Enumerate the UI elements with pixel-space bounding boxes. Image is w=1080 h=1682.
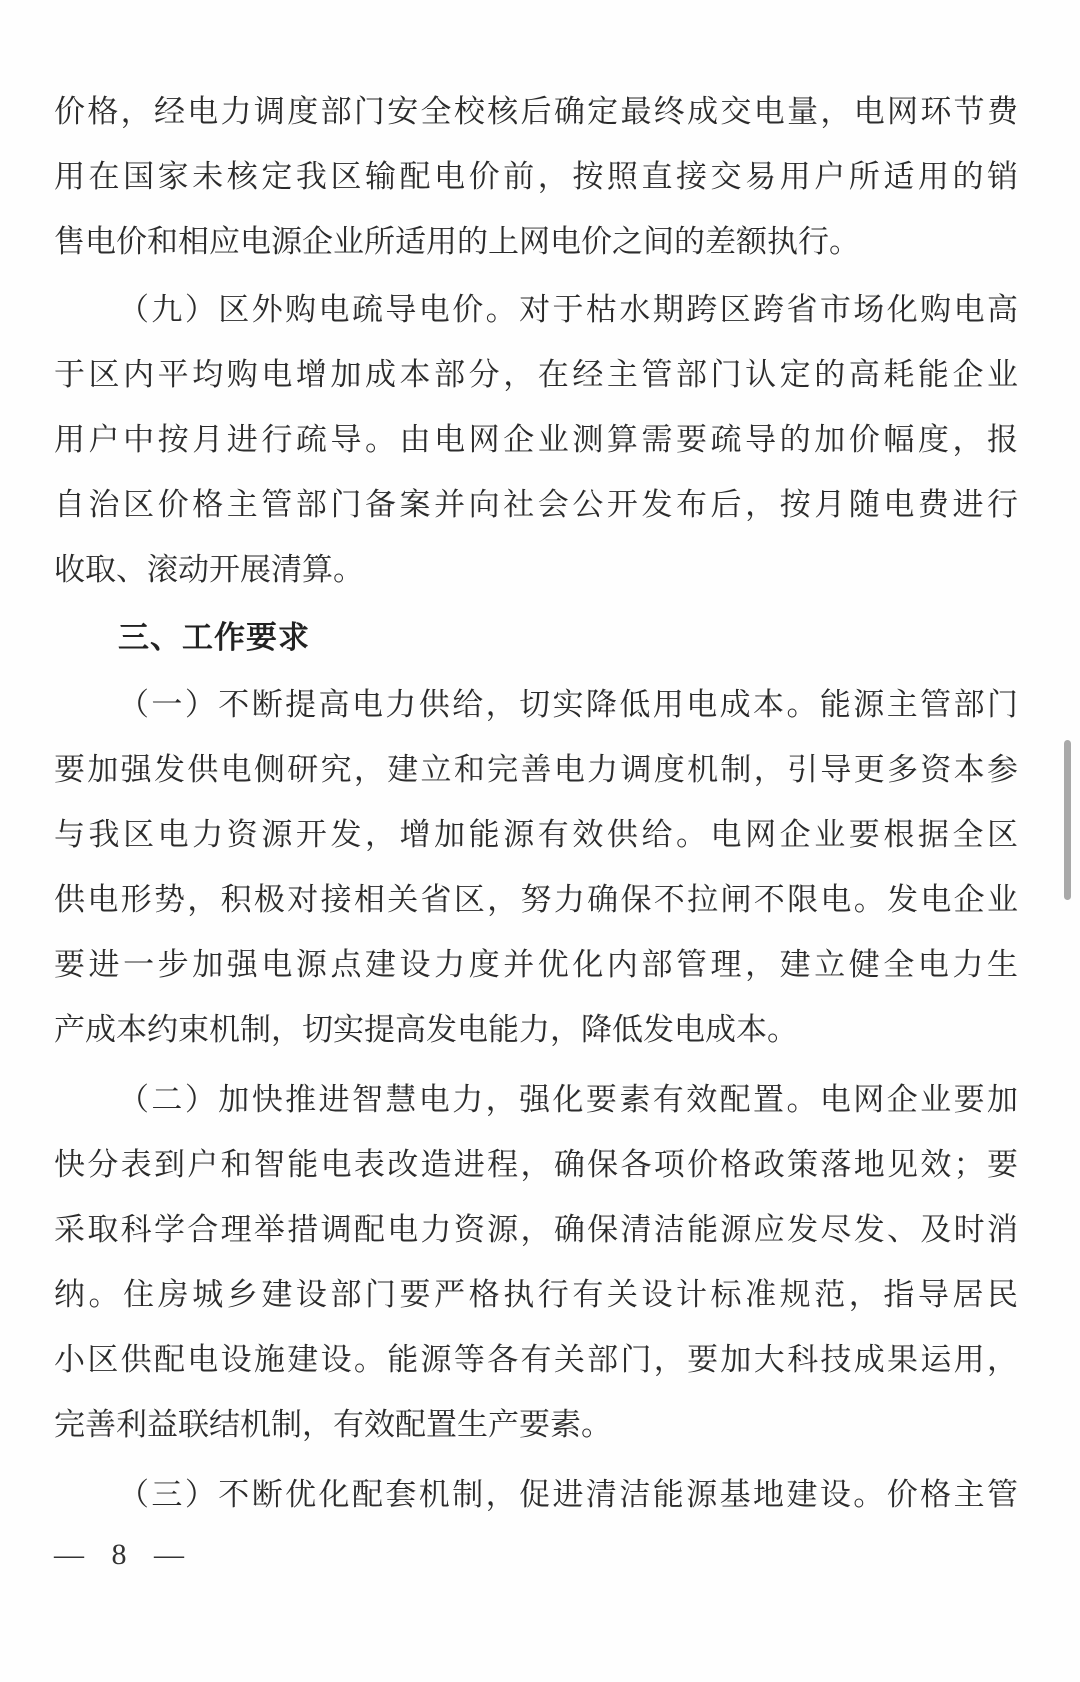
text-line: 用在国家未核定我区输配电价前，按照直接交易用户所适用的销: [54, 157, 1018, 197]
text-line: 用户中按月进行疏导。由电网企业测算需要疏导的加价幅度，报: [54, 420, 1018, 460]
text-line: 与我区电力资源开发，增加能源有效供给。电网企业要根据全区: [54, 815, 1018, 855]
text-line: 要加强发供电侧研究，建立和完善电力调度机制，引导更多资本参: [54, 750, 1018, 790]
text-line: 纳。住房城乡建设部门要严格执行有关设计标准规范，指导居民: [54, 1275, 1018, 1315]
text-line: 完善利益联结机制，有效配置生产要素。: [54, 1405, 1018, 1445]
text-line: 售电价和相应电源企业所适用的上网电价之间的差额执行。: [54, 222, 1018, 262]
text-line: 采取科学合理举措调配电力资源，确保清洁能源应发尽发、及时消: [54, 1210, 1018, 1250]
text-line: 小区供配电设施建设。能源等各有关部门，要加大科技成果运用，: [54, 1340, 1018, 1380]
text-line: （二）加快推进智慧电力，强化要素有效配置。电网企业要加: [118, 1080, 1018, 1120]
document-page: 价格，经电力调度部门安全校核后确定最终成交电量，电网环节费用在国家未核定我区输配…: [0, 0, 1080, 1682]
text-line: （九）区外购电疏导电价。对于枯水期跨区跨省市场化购电高: [118, 290, 1018, 330]
text-line: 收取、滚动开展清算。: [54, 550, 1018, 590]
text-line: （三）不断优化配套机制，促进清洁能源基地建设。价格主管: [118, 1475, 1018, 1515]
text-line: 要进一步加强电源点建设力度并优化内部管理，建立健全电力生: [54, 945, 1018, 985]
text-line: 产成本约束机制，切实提高发电能力，降低发电成本。: [54, 1010, 1018, 1050]
section-heading: 三、工作要求: [118, 618, 310, 658]
text-line: 价格，经电力调度部门安全校核后确定最终成交电量，电网环节费: [54, 92, 1018, 132]
text-line: 供电形势，积极对接相关省区，努力确保不拉闸不限电。发电企业: [54, 880, 1018, 920]
text-line: 快分表到户和智能电表改造进程，确保各项价格政策落地见效；要: [54, 1145, 1018, 1185]
vertical-scrollbar[interactable]: [1064, 740, 1071, 900]
text-line: 于区内平均购电增加成本部分，在经主管部门认定的高耗能企业: [54, 355, 1018, 395]
text-line: 自治区价格主管部门备案并向社会公开发布后，按月随电费进行: [54, 485, 1018, 525]
text-line: （一）不断提高电力供给，切实降低用电成本。能源主管部门: [118, 685, 1018, 725]
page-number: — 8 —: [54, 1535, 194, 1575]
